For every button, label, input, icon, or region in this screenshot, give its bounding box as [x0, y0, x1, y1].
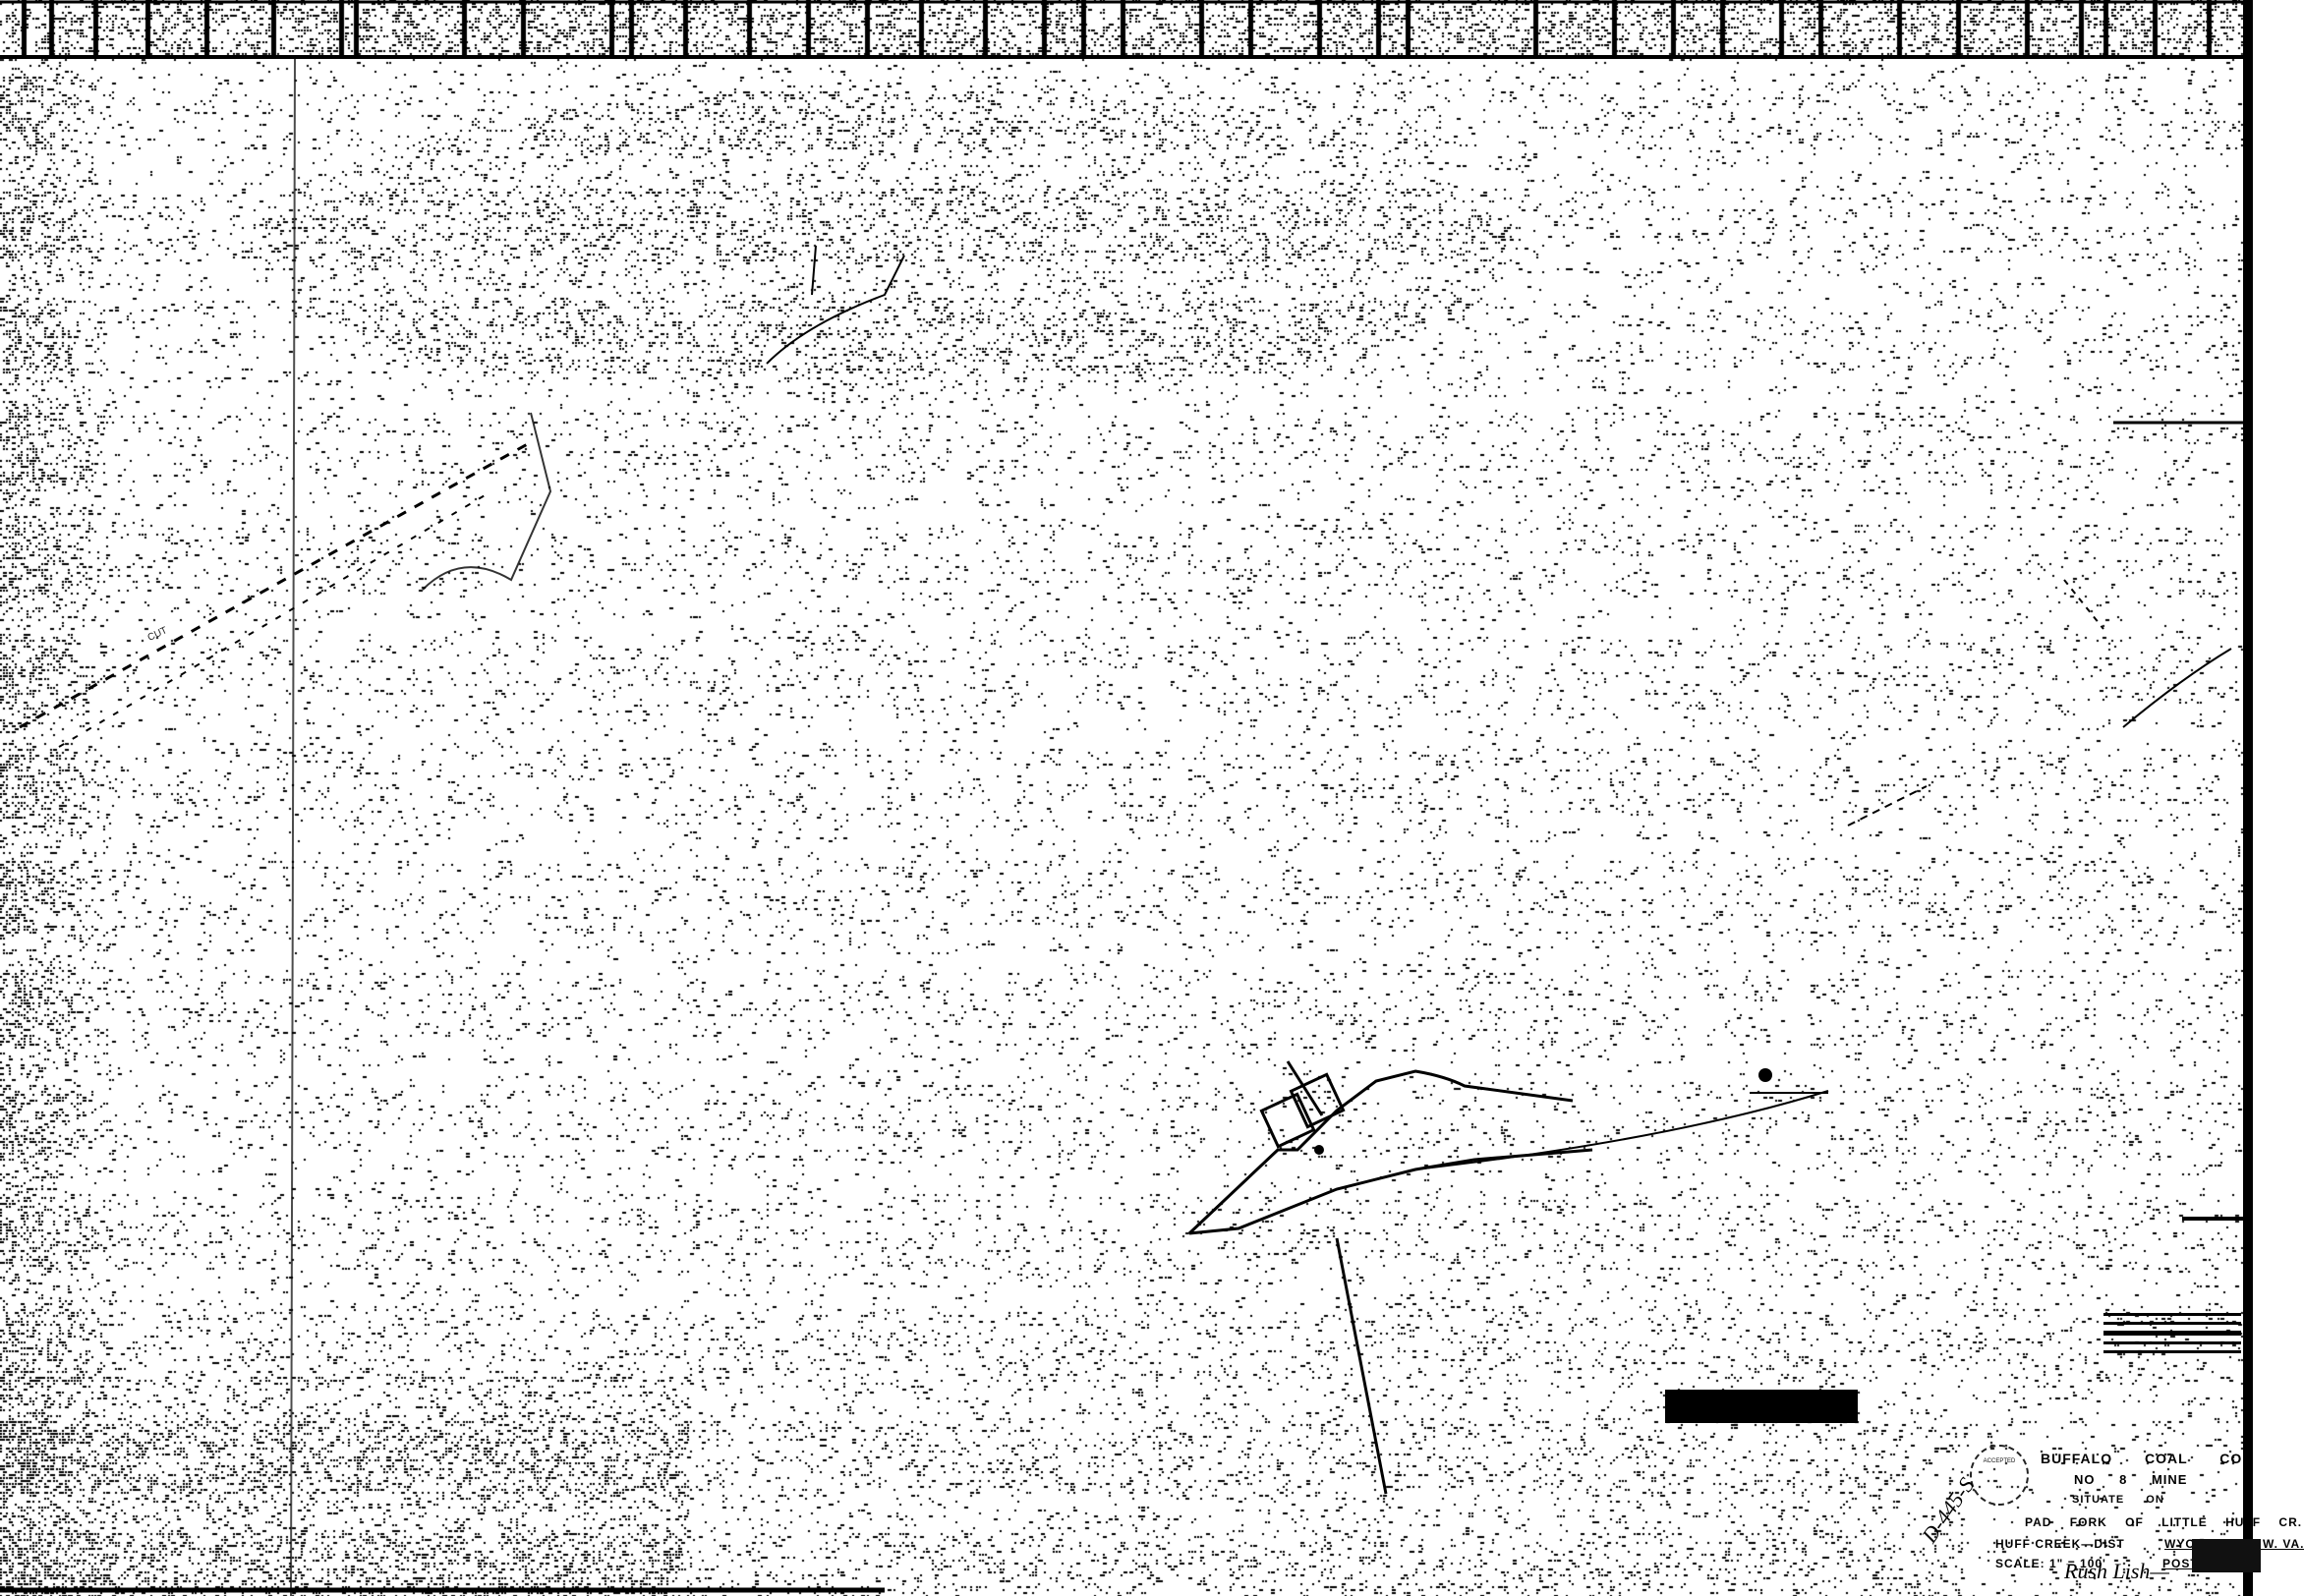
- location: PAD FORK OF LITTLE HUFF CR.: [2025, 1515, 2302, 1529]
- sketch-line: [423, 413, 550, 590]
- right-dashed: [1848, 786, 1927, 826]
- company-name: BUFFALO COAL CO.: [2041, 1451, 2247, 1466]
- redaction-box: [1665, 1390, 1858, 1423]
- dashed-cut-line-2: [59, 491, 491, 747]
- dashed-cut-line: [20, 442, 531, 727]
- map-features: [0, 0, 2304, 1596]
- shaft-marker-2: [1758, 1068, 1772, 1082]
- outcrop-line: [1415, 1091, 1828, 1169]
- sketch-line-3: [812, 246, 816, 295]
- right-margin: [2253, 0, 2304, 1596]
- cert-text-line: [2103, 1350, 2241, 1353]
- situate-label: SITUATE ON: [2072, 1494, 2164, 1506]
- mine-name: NO 8 MINE: [2074, 1472, 2187, 1487]
- right-dashed-2: [2064, 580, 2103, 629]
- cert-signature-line: [2103, 1331, 2241, 1336]
- survey-line: [1337, 1238, 1386, 1494]
- district: HUFF CREEK—DIST: [1995, 1537, 2125, 1551]
- cert-text-line: [2103, 1322, 2241, 1325]
- shaft-marker: [1314, 1145, 1324, 1155]
- right-outcrop-curve: [2123, 649, 2231, 727]
- sketch-line-2: [767, 256, 904, 364]
- acceptance-stamp: ACCEPTED: [1970, 1445, 2029, 1506]
- redaction-box-posted-date: [2192, 1539, 2261, 1572]
- signature: Rush Lish—: [2064, 1559, 2169, 1584]
- cert-text-line: [2103, 1341, 2241, 1344]
- stamp-text: ACCEPTED: [1984, 1458, 2016, 1464]
- cert-text-line: [2103, 1313, 2241, 1316]
- left-fold-line: [291, 59, 295, 1596]
- certification-block: [2103, 1307, 2241, 1386]
- map-sheet: CUT ACCEPTED D-445-S BUFFALO COAL CO. NO…: [0, 0, 2304, 1596]
- right-border: [2243, 0, 2253, 1596]
- top-border: [0, 2, 2261, 57]
- mine-workings: [1189, 1061, 1592, 1233]
